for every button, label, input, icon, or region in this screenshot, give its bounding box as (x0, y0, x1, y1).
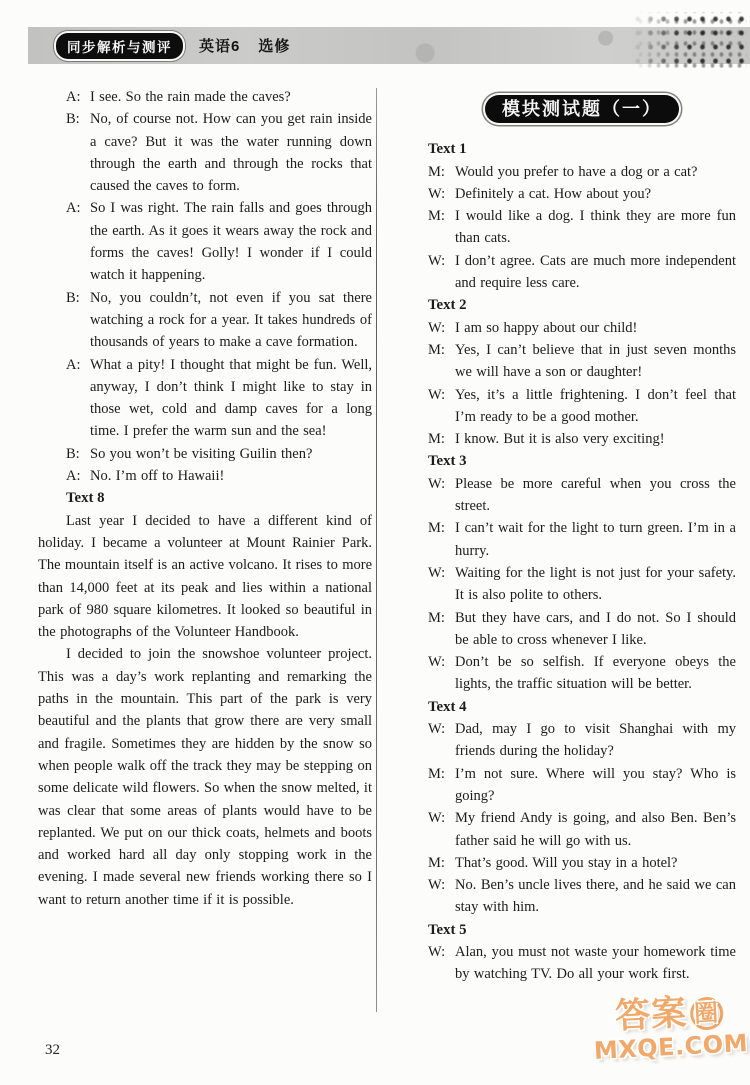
speaker-label: W: (428, 807, 455, 829)
speaker-label: W: (428, 874, 455, 896)
speaker-label: W: (428, 718, 455, 740)
dialogue-text: Please be more careful when you cross th… (455, 476, 736, 514)
dialogue-text: No, you couldn’t, not even if you sat th… (90, 290, 372, 351)
dialogue-line: W:Please be more careful when you cross … (428, 473, 736, 518)
speaker-label: W: (428, 562, 455, 584)
speaker-label: W: (428, 384, 455, 406)
dialogue-text: Dad, may I go to visit Shanghai with my … (455, 721, 736, 759)
dialogue-text: What a pity! I thought that might be fun… (90, 357, 372, 440)
section-heading: Text 8 (66, 487, 372, 509)
dialogue-line: M:I’m not sure. Where will you stay? Who… (428, 763, 736, 808)
dialogue-text: I would like a dog. I think they are mor… (455, 208, 736, 246)
dialogue-text: Alan, you must not waste your homework t… (455, 944, 736, 982)
section-heading: Text 5 (428, 919, 736, 941)
edition-label: 选修 (258, 38, 290, 55)
dialogue-line: A:I see. So the rain made the caves? (66, 86, 372, 108)
dialogue-text: Don’t be so selfish. If everyone obeys t… (455, 654, 736, 692)
dialogue-line: W:Alan, you must not waste your homework… (428, 941, 736, 986)
dialogue-line: A:What a pity! I thought that might be f… (66, 354, 372, 443)
dialogue-line: M:I know. But it is also very exciting! (428, 428, 736, 450)
speaker-label: M: (428, 607, 455, 629)
speaker-label: W: (428, 651, 455, 673)
dialogue-text: No, of course not. How can you get rain … (90, 111, 372, 194)
dialogue-line: W:My friend Andy is going, and also Ben.… (428, 807, 736, 852)
left-column: A:I see. So the rain made the caves?B:No… (38, 86, 372, 911)
dialogue-line: M:But they have cars, and I do not. So I… (428, 607, 736, 652)
dialogue-text: No. I’m off to Hawaii! (90, 468, 224, 484)
speaker-label: B: (66, 287, 90, 309)
speaker-label: A: (66, 465, 90, 487)
speaker-label: M: (428, 428, 455, 450)
watermark-site-url: MXQE.COM (590, 1028, 750, 1066)
dialogue-line: W:Waiting for the light is not just for … (428, 562, 736, 607)
watermark-logo: 答案圈 (588, 992, 750, 1036)
section-heading: Text 4 (428, 696, 736, 718)
speaker-label: W: (428, 183, 455, 205)
dialogue-line: B:So you won’t be visiting Guilin then? (66, 443, 372, 465)
dialogue-line: M:I would like a dog. I think they are m… (428, 205, 736, 250)
speaker-label: M: (428, 852, 455, 874)
answer-site-watermark: 答案圈 MXQE.COM (588, 992, 750, 1066)
dialogue-text: Yes, it’s a little frightening. I don’t … (455, 387, 736, 425)
subject-name: 英语6 (199, 38, 240, 55)
speaker-label: W: (428, 473, 455, 495)
section-heading: Text 1 (428, 138, 736, 160)
speaker-label: W: (428, 941, 455, 963)
body-paragraph: Last year I decided to have a different … (38, 510, 372, 644)
dialogue-line: A:No. I’m off to Hawaii! (66, 465, 372, 487)
dialogue-line: M:I can’t wait for the light to turn gre… (428, 517, 736, 562)
dialogue-line: W:I am so happy about our child! (428, 317, 736, 339)
dialogue-text: Definitely a cat. How about you? (455, 186, 651, 202)
dialogue-text: I know. But it is also very exciting! (455, 431, 665, 447)
dialogue-line: B:No, you couldn’t, not even if you sat … (66, 287, 372, 354)
speaker-label: A: (66, 354, 90, 376)
dialogue-text: But they have cars, and I do not. So I s… (455, 610, 736, 648)
dialogue-text: I see. So the rain made the caves? (90, 89, 291, 105)
dialogue-line: W:Dad, may I go to visit Shanghai with m… (428, 718, 736, 763)
speaker-label: M: (428, 517, 455, 539)
body-paragraph: I decided to join the snowshoe volunteer… (38, 643, 372, 911)
speaker-label: W: (428, 250, 455, 272)
dialogue-line: W:No. Ben’s uncle lives there, and he sa… (428, 874, 736, 919)
speaker-label: A: (66, 197, 90, 219)
scanned-book-page: 同步解析与测评 英语6选修 A:I see. So the rain made … (0, 0, 750, 1085)
scan-noise-artifact (631, 12, 747, 68)
dialogue-line: M:That’s good. Will you stay in a hotel? (428, 852, 736, 874)
dialogue-text: Waiting for the light is not just for yo… (455, 565, 736, 603)
dialogue-line: M:Yes, I can’t believe that in just seve… (428, 339, 736, 384)
dialogue-text: I don’t agree. Cats are much more indepe… (455, 253, 736, 291)
dialogue-text: Would you prefer to have a dog or a cat? (455, 164, 698, 180)
speaker-label: W: (428, 317, 455, 339)
dialogue-line: A:So I was right. The rain falls and goe… (66, 197, 372, 286)
dialogue-text: So you won’t be visiting Guilin then? (90, 446, 312, 462)
page-number: 32 (45, 1042, 60, 1059)
watermark-title-text: 答案 (614, 993, 688, 1037)
dialogue-line: W:Yes, it’s a little frightening. I don’… (428, 384, 736, 429)
dialogue-text: I am so happy about our child! (455, 320, 637, 336)
speaker-label: M: (428, 339, 455, 361)
dialogue-text: No. Ben’s uncle lives there, and he said… (455, 877, 736, 915)
dialogue-line: B:No, of course not. How can you get rai… (66, 108, 372, 197)
dialogue-text: My friend Andy is going, and also Ben. B… (455, 810, 736, 848)
dialogue-text: So I was right. The rain falls and goes … (90, 200, 372, 283)
dialogue-text: I’m not sure. Where will you stay? Who i… (455, 766, 736, 804)
circle-glyph: 圈 (689, 996, 724, 1031)
speaker-label: B: (66, 108, 90, 130)
section-heading: Text 2 (428, 294, 736, 316)
dialogue-text: Yes, I can’t believe that in just seven … (455, 342, 736, 380)
dialogue-line: W:Definitely a cat. How about you? (428, 183, 736, 205)
subject-title: 英语6选修 (199, 35, 290, 56)
module-test-banner: 模块测试题（一） (485, 95, 679, 123)
speaker-label: M: (428, 205, 455, 227)
speaker-label: B: (66, 443, 90, 465)
dialogue-text: That’s good. Will you stay in a hotel? (455, 855, 678, 871)
section-heading: Text 3 (428, 450, 736, 472)
right-column: 模块测试题（一） Text 1M:Would you prefer to hav… (428, 86, 736, 986)
speaker-label: M: (428, 161, 455, 183)
speaker-label: M: (428, 763, 455, 785)
dialogue-line: W:I don’t agree. Cats are much more inde… (428, 250, 736, 295)
speaker-label: A: (66, 86, 90, 108)
series-badge: 同步解析与测评 (56, 33, 183, 59)
dialogue-line: W:Don’t be so selfish. If everyone obeys… (428, 651, 736, 696)
dialogue-text: I can’t wait for the light to turn green… (455, 520, 736, 558)
column-divider (376, 88, 377, 1012)
dialogue-line: M:Would you prefer to have a dog or a ca… (428, 161, 736, 183)
